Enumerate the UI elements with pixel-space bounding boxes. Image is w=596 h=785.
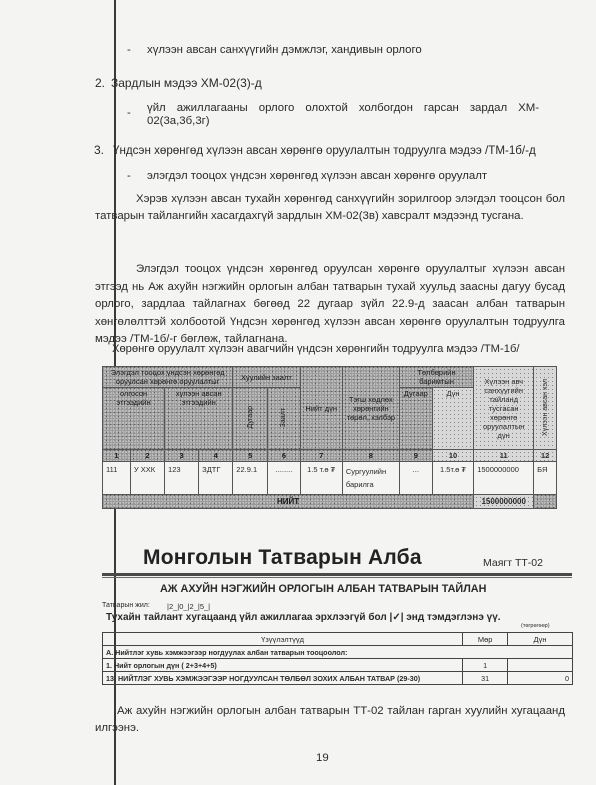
section-a: А. Нийтлэг хувь хэмжээгээр ногдуулах алб…	[103, 646, 573, 659]
document-page: - хүлээн авсан санхүүгийн дэмжлэг, ханди…	[0, 0, 596, 785]
header-sub-article: Заалт	[268, 388, 300, 450]
col-number: 5	[233, 450, 268, 462]
header-line: Мөр	[463, 633, 508, 646]
cell-law-number: 22.9.1	[233, 462, 268, 495]
header-receiver-status: Хүлээн авсан хэл	[534, 367, 557, 450]
header-received-investment: Хүлээн авч санхүүгийн тайланд тусгасан х…	[474, 367, 534, 450]
cell-doc-number: ...	[399, 462, 432, 495]
col-number: 7	[300, 450, 342, 462]
bullet-expense-line2: 02(3а,3б,3г)	[147, 115, 210, 127]
rule-thick	[102, 573, 572, 576]
report-title: АЖ АХУЙН НЭГЖИЙН ОРЛОГЫН АЛБАН ТАТВАРЫН …	[160, 583, 486, 595]
tax-year-value: |2_|0_|2_|5_|	[167, 602, 210, 611]
col-number: 9	[399, 450, 432, 462]
col-number: 6	[268, 450, 300, 462]
bullet-depreciation: элэгдэл тооцох үндсэн хөрөнгөд хүлээн ав…	[147, 170, 487, 182]
row-amount: 0	[508, 672, 573, 685]
row-label: 1. Нийт орлогын дүн ( 2+3+4+5)	[103, 659, 463, 672]
header-doc-number: Дугаар	[399, 388, 432, 450]
cell-taxpayer-id: 111	[103, 462, 131, 495]
total-empty	[534, 495, 557, 509]
header-settlement-doc: Төлбөрийн баримтын	[399, 367, 473, 388]
unit-note: (төгрөгөөр)	[521, 623, 550, 629]
item-2-number: 2.	[95, 76, 105, 91]
header-depreciation-investment: Элэгдэл тооцох үндсэн хөрөнгөд оруулсан …	[103, 367, 233, 388]
col-number: 4	[199, 450, 233, 462]
col-number: 2	[130, 450, 164, 462]
item-3-heading: Үндсэн хөрөнгөд хүлээн авсан хөрөнгө ору…	[113, 143, 536, 158]
header-receiver: хүлээн авсан этгээдийн	[165, 388, 233, 450]
rule-thin	[102, 577, 572, 578]
table-row: 111 У ХХК 123 ЗДТГ 22.9.1 ........ 1.5 т…	[103, 462, 557, 495]
header-amount: Дүн	[508, 633, 573, 646]
col-number: 10	[432, 450, 473, 462]
header-total-amount: Нийт дүн	[300, 367, 342, 450]
table-row: 1. Нийт орлогын дүн ( 2+3+4+5) 1	[103, 659, 573, 672]
table-row: 13. НИЙТЛЭГ ХУВЬ ХЭМЖЭЭГЭЭР НОГДУУЛСАН Т…	[103, 672, 573, 685]
cell-provider-name: У ХХК	[130, 462, 164, 495]
header-indicators: Үзүүлэлтүүд	[103, 633, 463, 646]
row-line: 1	[463, 659, 508, 672]
cell-receiver-name: ЗДТГ	[199, 462, 233, 495]
bullet-expense-line1: үйл ажиллагааны орлого олохтой холбогдон…	[147, 102, 539, 114]
header-provider: олгосон этгээдийн	[103, 388, 165, 450]
tax-year-label: Татварын жил:	[102, 602, 150, 609]
total-value: 1500000000	[474, 495, 534, 509]
inactive-notice: Тухайн тайлант хугацаанд үйл ажиллагаа э…	[106, 612, 501, 623]
header-law-article: Хуулийн заалт	[233, 367, 300, 388]
col-number: 1	[103, 450, 131, 462]
page-number: 19	[316, 751, 329, 766]
investment-table: Элэгдэл тооцох үндсэн хөрөнгөд оруулсан …	[102, 366, 557, 509]
col-number: 11	[474, 450, 534, 462]
paragraph-depreciation: Хэрэв хүлээн авсан тухайн хөрөнгөд санхү…	[95, 191, 565, 225]
total-label: НИЙТ	[103, 495, 474, 509]
row-label: 13. НИЙТЛЭГ ХУВЬ ХЭМЖЭЭГЭЭР НОГДУУЛСАН Т…	[103, 672, 463, 685]
org-title: Монголын Татварын Алба	[143, 546, 422, 570]
paragraph-investment: Элэгдэл тооцох үндсэн хөрөнгөд оруулсан …	[95, 261, 565, 349]
item-3-number: 3.	[94, 143, 104, 158]
bullet-dash: -	[127, 170, 131, 182]
col-number: 8	[342, 450, 399, 462]
table1-caption: Хөрөнгө оруулалт хүлээн авагчийн үндсэн …	[112, 342, 519, 357]
header-sub-number: Дугаар	[233, 388, 268, 450]
paragraph-submit: Аж ахуйн нэгжийн орлогын албан татварын …	[95, 703, 565, 737]
cell-doc-amount: 1.5т.ө ₮	[432, 462, 473, 495]
cell-receiver-status: БЯ	[534, 462, 557, 495]
cell-total-amount: 1.5 т.ө ₮	[300, 462, 342, 495]
form-code: Маягт ТТ-02	[483, 556, 543, 571]
row-amount	[508, 659, 573, 672]
row-line: 31	[463, 672, 508, 685]
tax-calculation-table: Үзүүлэлтүүд Мөр Дүн А. Нийтлэг хувь хэмж…	[102, 632, 573, 685]
bullet-income-donation: хүлээн авсан санхүүгийн дэмжлэг, хандивы…	[147, 44, 422, 56]
header-doc-amount: Дүн	[432, 388, 473, 450]
header-asset-type: Тэгш хөдлөх хөрөнгийн төрөл, хэлбэр	[342, 367, 399, 450]
col-number: 3	[165, 450, 199, 462]
bullet-dash: -	[127, 107, 131, 119]
col-number: 12	[534, 450, 557, 462]
cell-received-investment: 1500000000	[474, 462, 534, 495]
cell-asset-type: Сургуулийн барилга	[342, 462, 399, 495]
cell-receiver-id: 123	[165, 462, 199, 495]
item-2-heading: Зардлын мэдээ ХМ-02(3)-д	[111, 76, 262, 91]
cell-law-article: ........	[268, 462, 300, 495]
header-receiver-status-text: Хүлээн авсан хэл	[542, 379, 549, 436]
bullet-dash: -	[127, 44, 131, 56]
